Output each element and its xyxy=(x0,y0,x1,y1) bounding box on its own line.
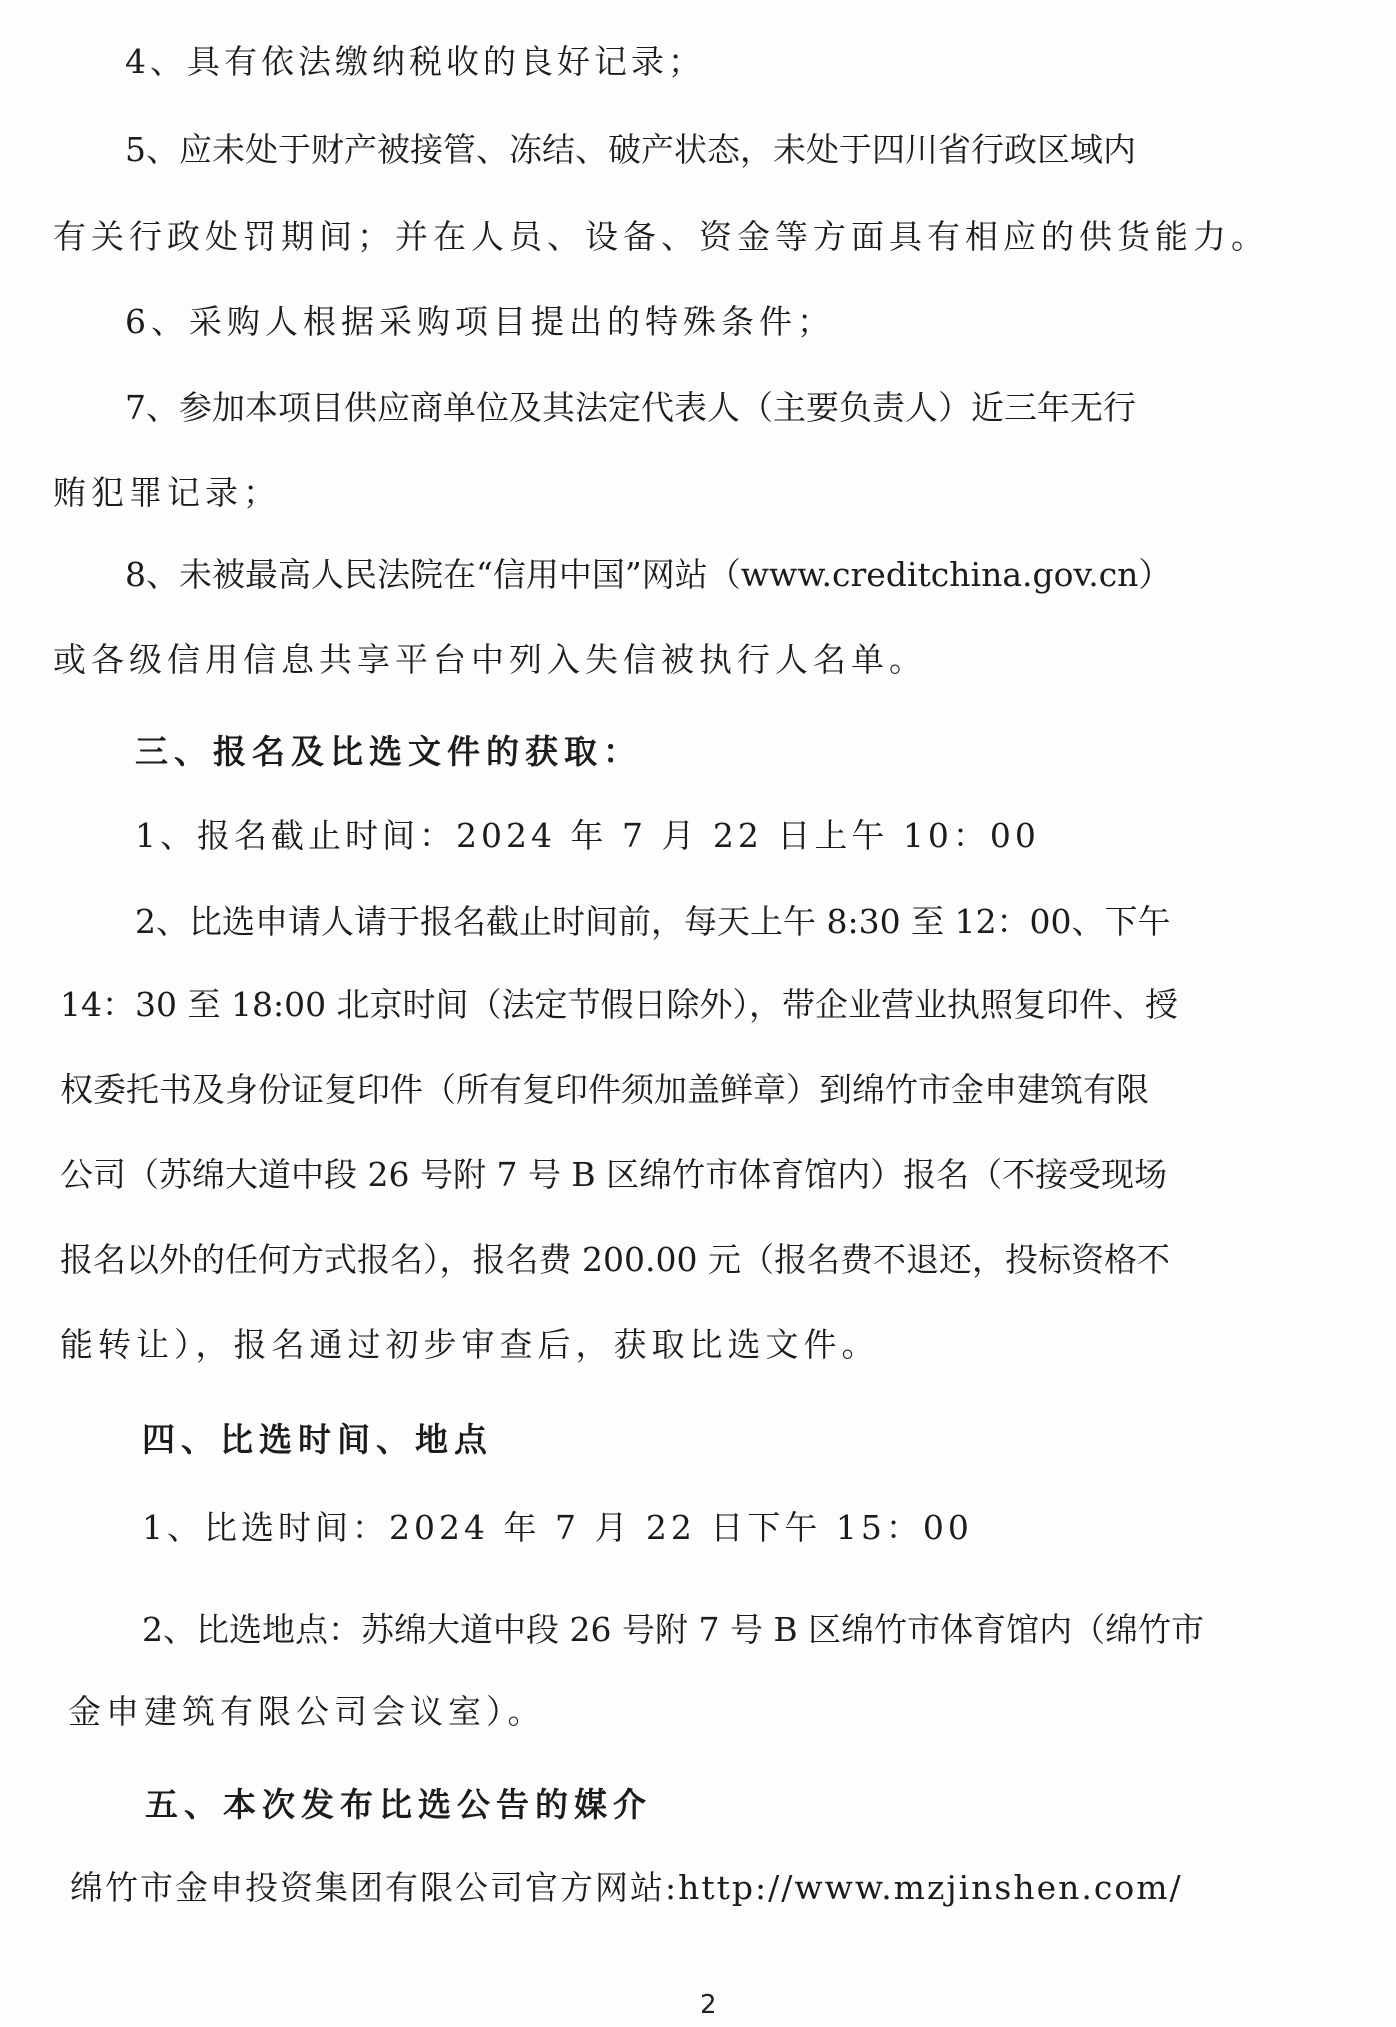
section-3-item-1: 1、报名截止时间：2024 年 7 月 22 日上午 10：00 xyxy=(135,814,1040,858)
page-number: 2 xyxy=(700,1990,717,2020)
section-3-item-2-line-6: 能转让），报名通过初步审查后，获取比选文件。 xyxy=(60,1323,880,1367)
requirement-8-line-2: 或各级信用信息共享平台中列入失信被执行人名单。 xyxy=(53,638,927,682)
requirement-7-line-2: 贿犯罪记录； xyxy=(53,471,281,515)
section-4-item-1: 1、比选时间：2024 年 7 月 22 日下午 15：00 xyxy=(142,1506,973,1550)
section-5-heading: 五、本次发布比选公告的媒介 xyxy=(145,1783,652,1827)
document-page: 4、具有依法缴纳税收的良好记录； 5、应未处于财产被接管、冻结、破产状态，未处于… xyxy=(0,0,1396,2027)
requirement-7-line-1: 7、参加本项目供应商单位及其法定代表人（主要负责人）近三年无行 xyxy=(125,386,1322,430)
requirement-8-line-1: 8、未被最高人民法院在“信用中国”网站（www.creditchina.gov.… xyxy=(125,553,1325,597)
section-3-item-2-line-5: 报名以外的任何方式报名），报名费 200.00 元（报名费不退还，投标资格不 xyxy=(60,1238,1325,1282)
section-4-item-2-line-2: 金申建筑有限公司会议室）。 xyxy=(68,1690,546,1734)
section-4-heading: 四、比选时间、地点 xyxy=(142,1418,493,1462)
section-3-item-2-line-1: 2、比选申请人请于报名截止时间前，每天上午 8:30 至 12：00、下午 xyxy=(135,900,1322,944)
requirement-5-line-2: 有关行政处罚期间；并在人员、设备、资金等方面具有相应的供货能力。 xyxy=(53,215,1269,259)
requirement-5-line-1: 5、应未处于财产被接管、冻结、破产状态，未处于四川省行政区域内 xyxy=(125,128,1315,172)
section-5-website-line: 绵竹市金申投资集团有限公司官方网站:http://www.mzjinshen.c… xyxy=(70,1866,1183,1910)
requirement-4: 4、具有依法缴纳税收的良好记录； xyxy=(125,40,705,84)
section-4-item-2-line-1: 2、比选地点：苏绵大道中段 26 号附 7 号 B 区绵竹市体育馆内（绵竹市 xyxy=(142,1608,1335,1652)
section-3-item-2-line-3: 权委托书及身份证复印件（所有复印件须加盖鲜章）到绵竹市金申建筑有限 xyxy=(60,1068,1325,1112)
requirement-6: 6、采购人根据采购项目提出的特殊条件； xyxy=(125,300,835,344)
section-3-item-2-line-2: 14：30 至 18:00 北京时间（法定节假日除外），带企业营业执照复印件、授 xyxy=(60,983,1325,1027)
section-3-heading: 三、报名及比选文件的获取： xyxy=(135,730,642,774)
section-3-item-2-line-4: 公司（苏绵大道中段 26 号附 7 号 B 区绵竹市体育馆内）报名（不接受现场 xyxy=(60,1153,1325,1197)
